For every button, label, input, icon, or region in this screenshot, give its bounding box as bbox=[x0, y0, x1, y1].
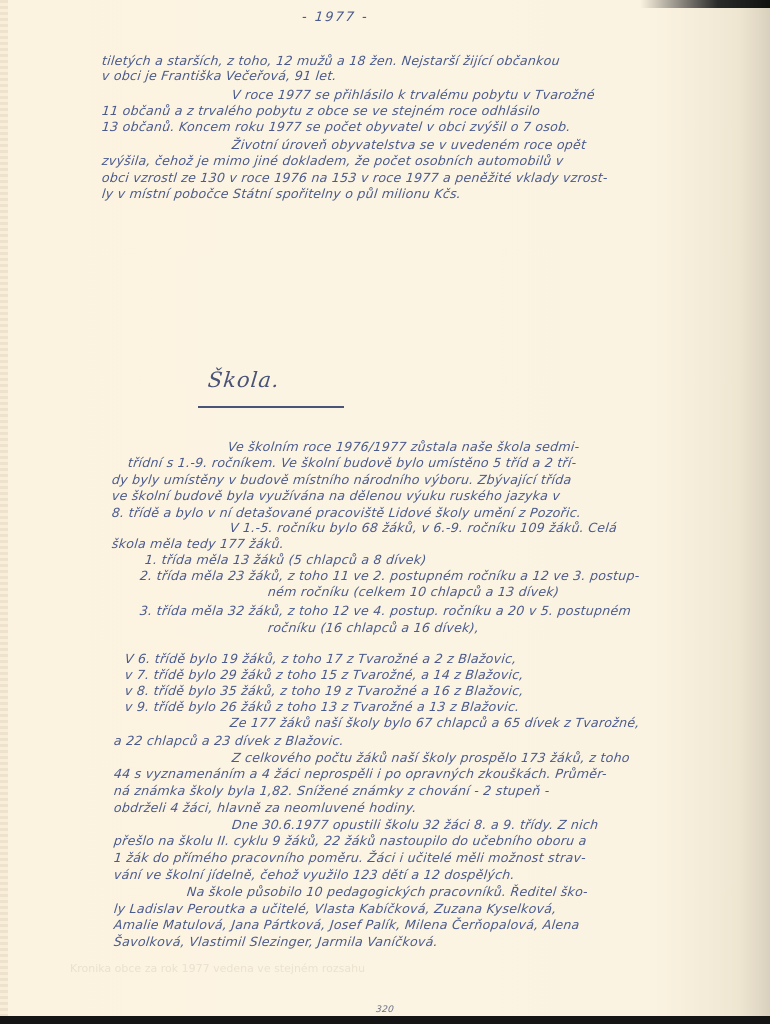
text-line: obdrželi 4 žáci, hlavně za neomluvené ho… bbox=[113, 800, 417, 815]
class-row-cont: ročníku (16 chlapců a 16 dívek), bbox=[267, 620, 480, 635]
text-line: dy byly umístěny v budově místního národ… bbox=[111, 472, 572, 487]
text-line: třídní s 1.-9. ročníkem. Ve školní budov… bbox=[127, 455, 577, 470]
text-line: 1 žák do přímého pracovního poměru. Žáci… bbox=[113, 850, 587, 865]
text-line: Amalie Matulová, Jana Pártková, Josef Pa… bbox=[113, 917, 580, 932]
text-line: ly v místní pobočce Státní spořitelny o … bbox=[101, 186, 462, 201]
text-line: V 1.-5. ročníku bylo 68 žáků, v 6.-9. ro… bbox=[229, 520, 618, 535]
text-line: přešlo na školu II. cyklu 9 žáků, 22 žák… bbox=[113, 833, 587, 848]
binding-shadow bbox=[640, 0, 770, 8]
text-line: ná známka školy byla 1,82. Snížené známk… bbox=[113, 783, 550, 798]
text-line: obci vzrostl ze 130 v roce 1976 na 153 v… bbox=[101, 170, 608, 185]
text-line: ly Ladislav Peroutka a učitelé, Vlasta K… bbox=[113, 901, 557, 916]
text-line: zvýšila, čehož je mimo jiné dokladem, že… bbox=[101, 153, 564, 168]
text-line: V roce 1977 se přihlásilo k trvalému pob… bbox=[231, 87, 595, 102]
text-line: 13 občanů. Koncem roku 1977 se počet oby… bbox=[101, 119, 571, 134]
class-row: 1. třída měla 13 žáků (5 chlapců a 8 dív… bbox=[144, 552, 427, 567]
class-row: v 8. třídě bylo 35 žáků, z toho 19 z Tva… bbox=[124, 683, 524, 698]
class-row: v 7. třídě bylo 29 žáků z toho 15 z Tvar… bbox=[124, 667, 524, 682]
text-line: Životní úroveň obyvatelstva se v uvedené… bbox=[231, 137, 587, 152]
class-row: 3. třída měla 32 žáků, z toho 12 ve 4. p… bbox=[139, 603, 632, 618]
text-line: ve školní budově byla využívána na dělen… bbox=[111, 488, 561, 503]
text-line: Ve školním roce 1976/1977 zůstala naše š… bbox=[227, 439, 580, 454]
page-number: 320 bbox=[375, 1005, 394, 1015]
scan-bottom-edge bbox=[0, 1016, 770, 1024]
class-row: V 6. třídě bylo 19 žáků, z toho 17 z Tva… bbox=[124, 651, 517, 666]
text-line: tiletých a starších, z toho, 12 mužů a 1… bbox=[101, 53, 561, 68]
text-line: Ze 177 žáků naší školy bylo 67 chlapců a… bbox=[229, 715, 640, 730]
text-line: 11 občanů a z trvalého pobytu z obce se … bbox=[101, 103, 541, 118]
text-line: v obci je Františka Večeřová, 91 let. bbox=[101, 68, 337, 83]
text-line: škola měla tedy 177 žáků. bbox=[111, 536, 285, 551]
text-line: 8. třídě a bylo v ní detašované pracoviš… bbox=[111, 505, 582, 520]
class-row: v 9. třídě bylo 26 žáků z toho 13 z Tvar… bbox=[124, 699, 520, 714]
scanned-chronicle-page: - 1977 - tiletých a starších, z toho, 12… bbox=[0, 0, 770, 1018]
text-line: Dne 30.6.1977 opustili školu 32 žáci 8. … bbox=[231, 817, 599, 832]
text-line: a 22 chlapců a 23 dívek z Blažovic. bbox=[113, 733, 345, 748]
class-row-cont: ném ročníku (celkem 10 chlapců a 13 díve… bbox=[267, 584, 560, 599]
bleed-through-text: Kronika obce za rok 1977 vedena ve stejn… bbox=[70, 962, 365, 975]
text-line: Z celkového počtu žáků naší školy prospě… bbox=[231, 750, 630, 765]
year-header: - 1977 - bbox=[301, 10, 369, 25]
heading-underline bbox=[198, 406, 344, 408]
text-line: Šavolková, Vlastimil Slezinger, Jarmila … bbox=[113, 934, 439, 949]
section-heading-skola: Škola. bbox=[207, 368, 281, 392]
text-line: Na škole působilo 10 pedagogických praco… bbox=[186, 884, 588, 899]
text-line: vání ve školní jídelně, čehož využilo 12… bbox=[113, 867, 515, 882]
text-line: 44 s vyznamenáním a 4 žáci neprospěli i … bbox=[113, 766, 607, 781]
class-row: 2. třída měla 23 žáků, z toho 11 ve 2. p… bbox=[139, 568, 640, 583]
